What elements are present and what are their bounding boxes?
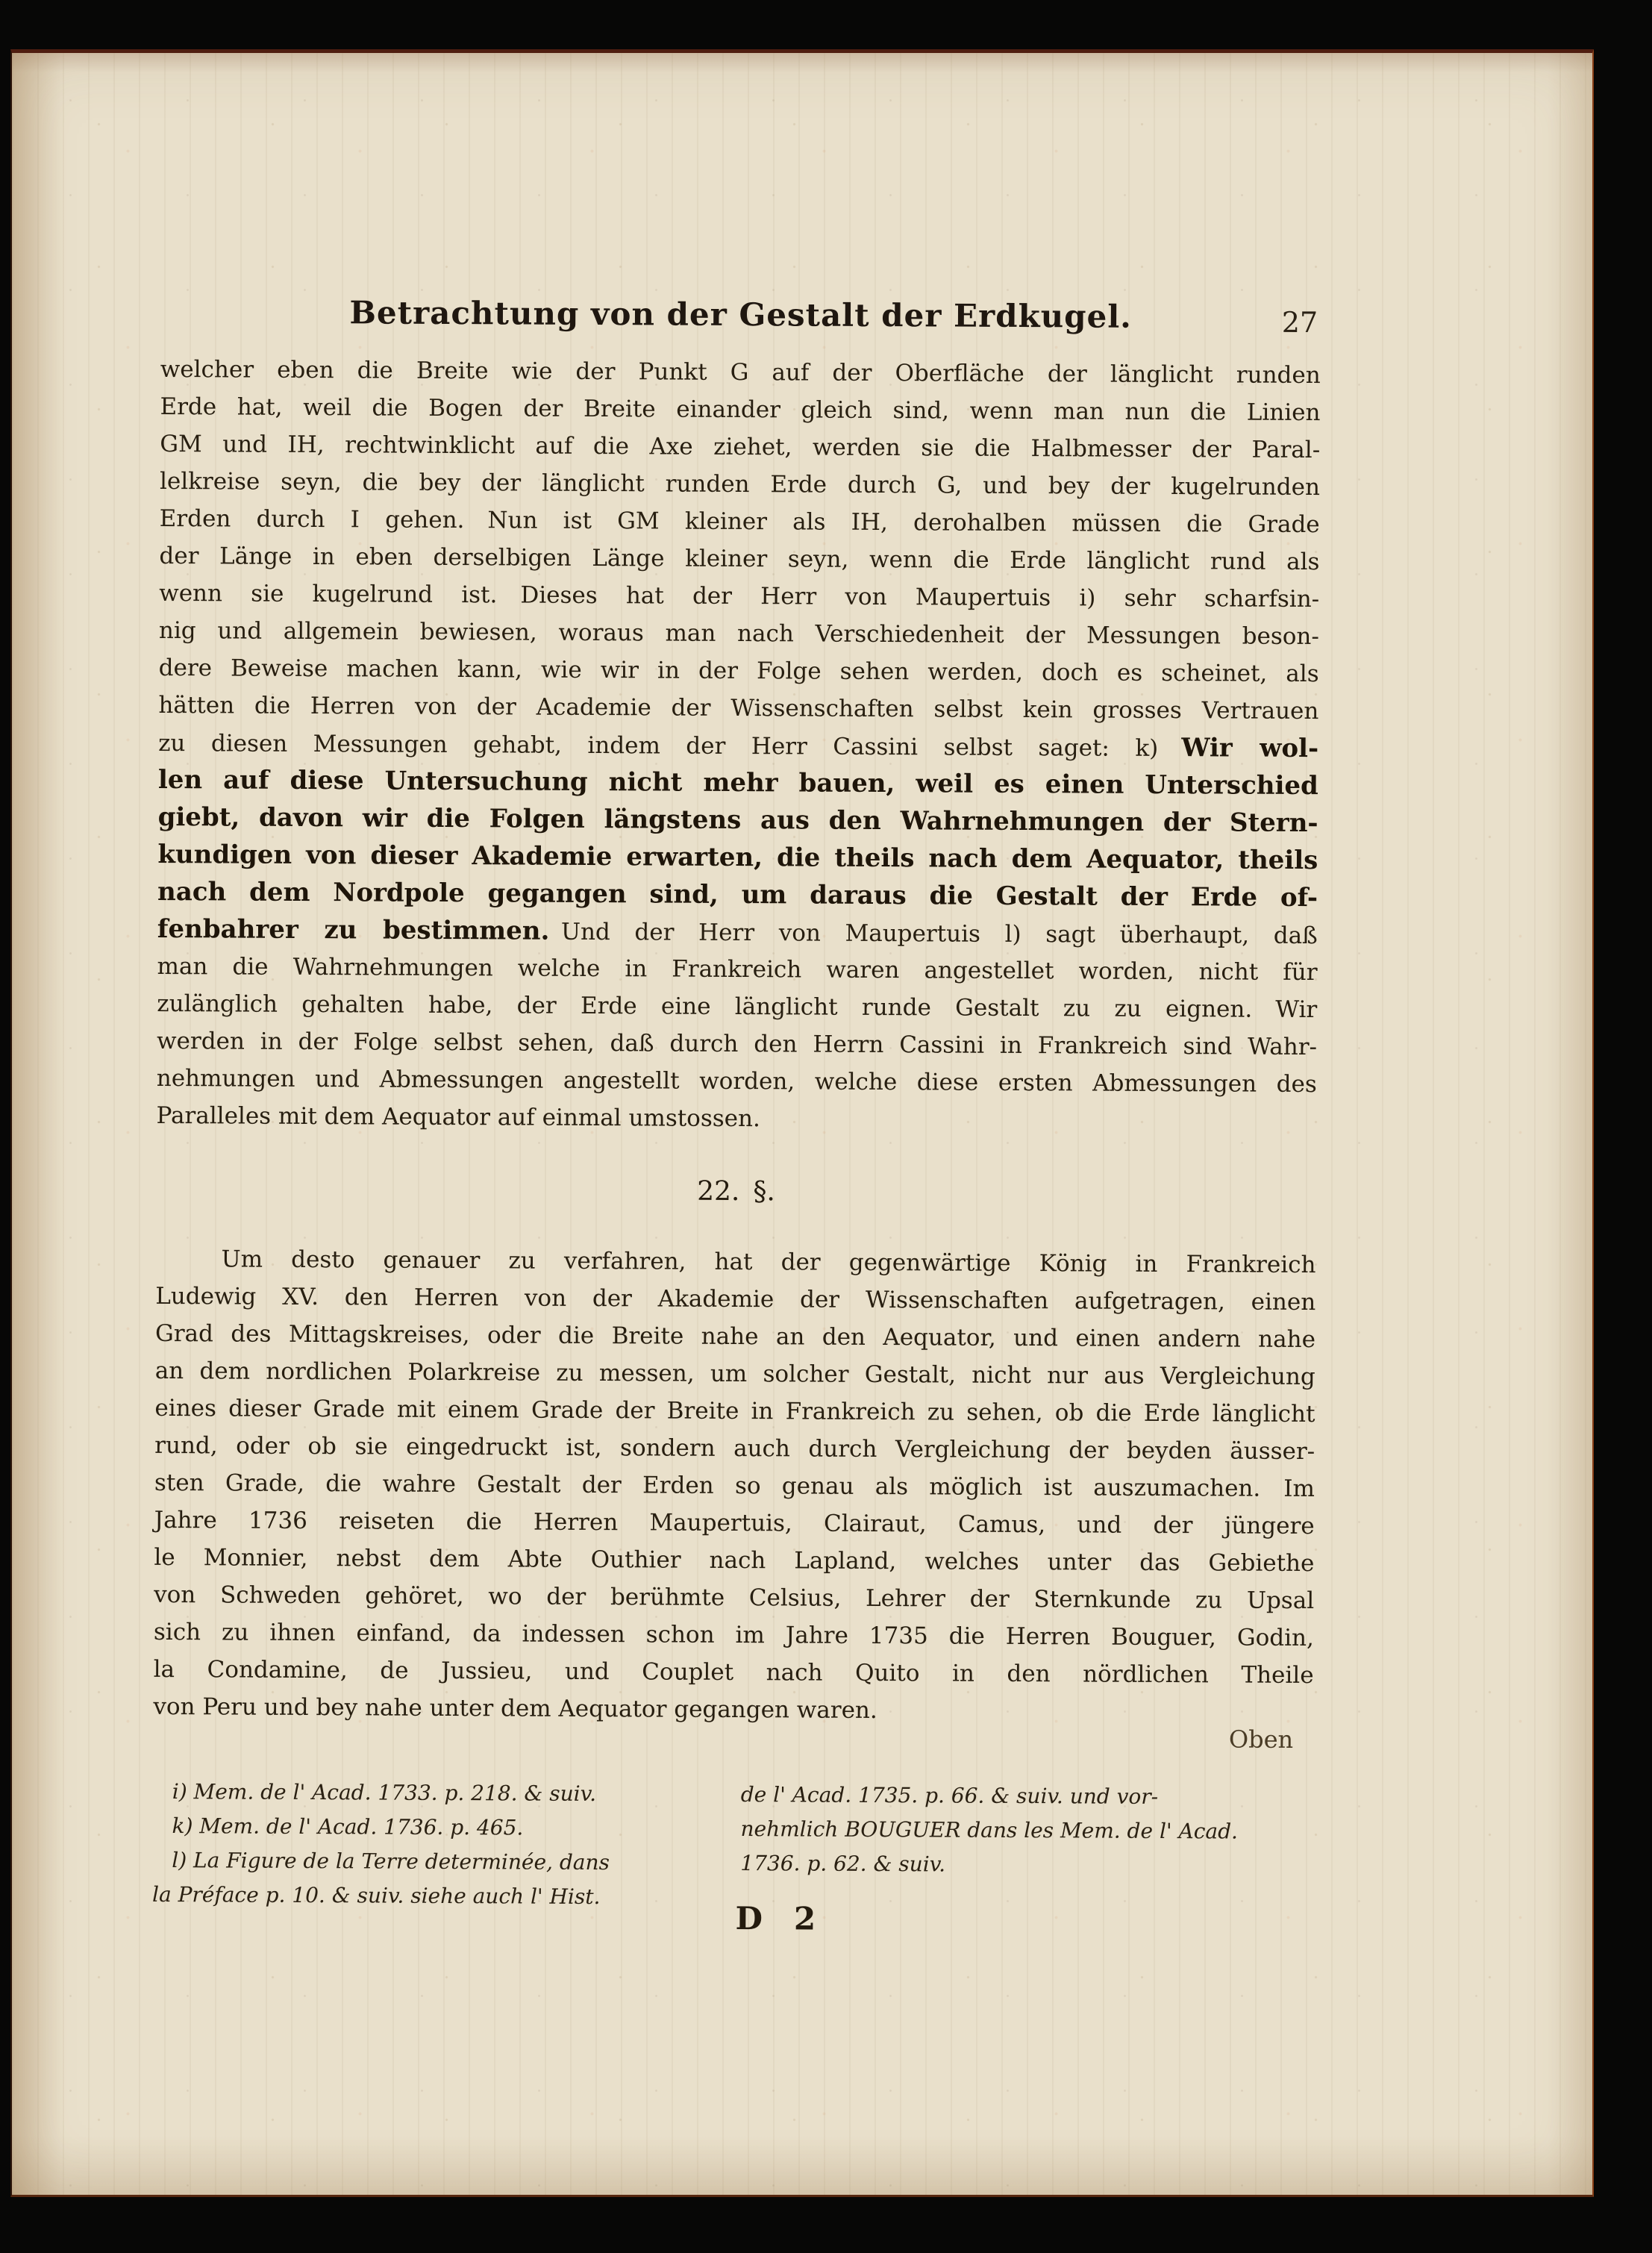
- text-line: lelkreise seyn, die bey der länglicht ru…: [160, 463, 1320, 506]
- text-line: man die Wahrnehmungen welche in Frankrei…: [157, 948, 1317, 991]
- running-head: Betrachtung von der Gestalt der Erdkugel…: [160, 290, 1321, 340]
- running-title: Betrachtung von der Gestalt der Erdkugel…: [160, 290, 1321, 340]
- quote-line: kundigen von dieser Akademie erwarten, d…: [157, 836, 1318, 879]
- text-line: eines dieser Grade mit einem Grade der B…: [154, 1390, 1315, 1433]
- text-line: werden in der Folge selbst sehen, daß du…: [157, 1022, 1317, 1066]
- footnote-right-column: de l' Acad. 1735. p. 66. & suiv. und vor…: [740, 1778, 1313, 1884]
- footnotes: i) Mem. de l' Acad. 1733. p. 218. & suiv…: [153, 1775, 1313, 1781]
- quote-segment: Wir wol-: [1181, 733, 1318, 763]
- page-content: Betrachtung von der Gestalt der Erdkugel…: [1, 51, 1592, 2202]
- text-segment: Und der Herr von Maupertuis l) sagt über…: [549, 919, 1318, 949]
- quote-line: nach dem Nordpole gegangen sind, um dara…: [157, 873, 1318, 916]
- text-line: nig und allgemein bewiesen, woraus man n…: [159, 612, 1319, 655]
- page-paper: Betrachtung von der Gestalt der Erdkugel…: [10, 49, 1594, 2197]
- text-line: Grad des Mittagskreises, oder die Breite…: [155, 1315, 1315, 1358]
- text-line: Ludewig XV. den Herren von der Akademie …: [155, 1278, 1315, 1321]
- text-line: zu diesen Messungen gehabt, indem der He…: [158, 724, 1318, 767]
- section-heading: 22. §.: [156, 1173, 1316, 1210]
- footnote-line: l) La Figure de la Terre determinée, dan…: [152, 1843, 728, 1881]
- text-line: le Monnier, nebst dem Abte Outhier nach …: [154, 1539, 1314, 1582]
- text-line: sich zu ihnen einfand, da indessen schon…: [154, 1613, 1314, 1657]
- text-line: sten Grade, die wahre Gestalt der Erden …: [154, 1464, 1315, 1507]
- text-line: von Schweden gehöret, wo der berühmte Ce…: [154, 1576, 1314, 1619]
- paragraph-2: Um desto genauer zu verfahren, hat der g…: [153, 1240, 1315, 1731]
- quote-line: giebt, davon wir die Folgen längstens au…: [158, 799, 1318, 842]
- quote-line: len auf diese Untersuchung nicht mehr ba…: [158, 761, 1318, 804]
- signature-mark: D 2: [152, 1897, 1312, 1940]
- text-line: der Länge in eben derselbigen Länge klei…: [159, 537, 1319, 581]
- text-line: Um desto genauer zu verfahren, hat der g…: [155, 1240, 1315, 1284]
- footnote-line: i) Mem. de l' Acad. 1733. p. 218. & suiv…: [153, 1775, 729, 1812]
- text-line: la Condamine, de Jussieu, und Couplet na…: [154, 1651, 1314, 1694]
- text-line: Paralleles mit dem Aequator auf einmal u…: [156, 1097, 1316, 1140]
- paragraph-1: welcher eben die Breite wie der Punkt G …: [156, 351, 1320, 1140]
- text-line: hätten die Herren von der Academie der W…: [158, 687, 1318, 730]
- text-line: Erde hat, weil die Bogen der Breite eina…: [160, 388, 1320, 431]
- footnote-line: 1736. p. 62. & suiv.: [740, 1846, 1312, 1884]
- footnote-line: de l' Acad. 1735. p. 66. & suiv. und vor…: [741, 1778, 1313, 1815]
- footnote-left-column: i) Mem. de l' Acad. 1733. p. 218. & suiv…: [152, 1775, 729, 1915]
- text-line: zulänglich gehalten habe, der Erde eine …: [157, 985, 1317, 1028]
- quote-segment: fenbahrer zu bestimmen.: [157, 914, 550, 946]
- footnote-line: k) Mem. de l' Acad. 1736. p. 465.: [152, 1809, 728, 1846]
- text-line: nehmungen und Abmessungen angestellt wor…: [157, 1060, 1317, 1103]
- text-line: GM und IH, rechtwinklicht auf die Axe zi…: [160, 425, 1320, 469]
- page-number: 27: [1282, 306, 1318, 339]
- text-line: Erden durch I gehen. Nun ist GM kleiner …: [160, 500, 1320, 543]
- catchword: Oben: [153, 1719, 1293, 1754]
- text-line: an dem nordlichen Polarkreise zu messen,…: [155, 1352, 1315, 1396]
- text-line: wenn sie kugelrund ist. Dieses hat der H…: [159, 575, 1319, 618]
- footnote-line: nehmlich BOUGUER dans les Mem. de l' Aca…: [740, 1812, 1312, 1849]
- text-line: welcher eben die Breite wie der Punkt G …: [160, 351, 1321, 394]
- text-segment: zu diesen Messungen gehabt, indem der He…: [158, 730, 1181, 762]
- text-line: rund, oder ob sie eingedruckt ist, sonde…: [154, 1427, 1315, 1470]
- text-line: dere Beweise machen kann, wie wir in der…: [159, 649, 1319, 693]
- text-line: fenbahrer zu bestimmen. Und der Herr von…: [157, 910, 1318, 954]
- text-line: Jahre 1736 reiseten die Herren Maupertui…: [154, 1502, 1315, 1545]
